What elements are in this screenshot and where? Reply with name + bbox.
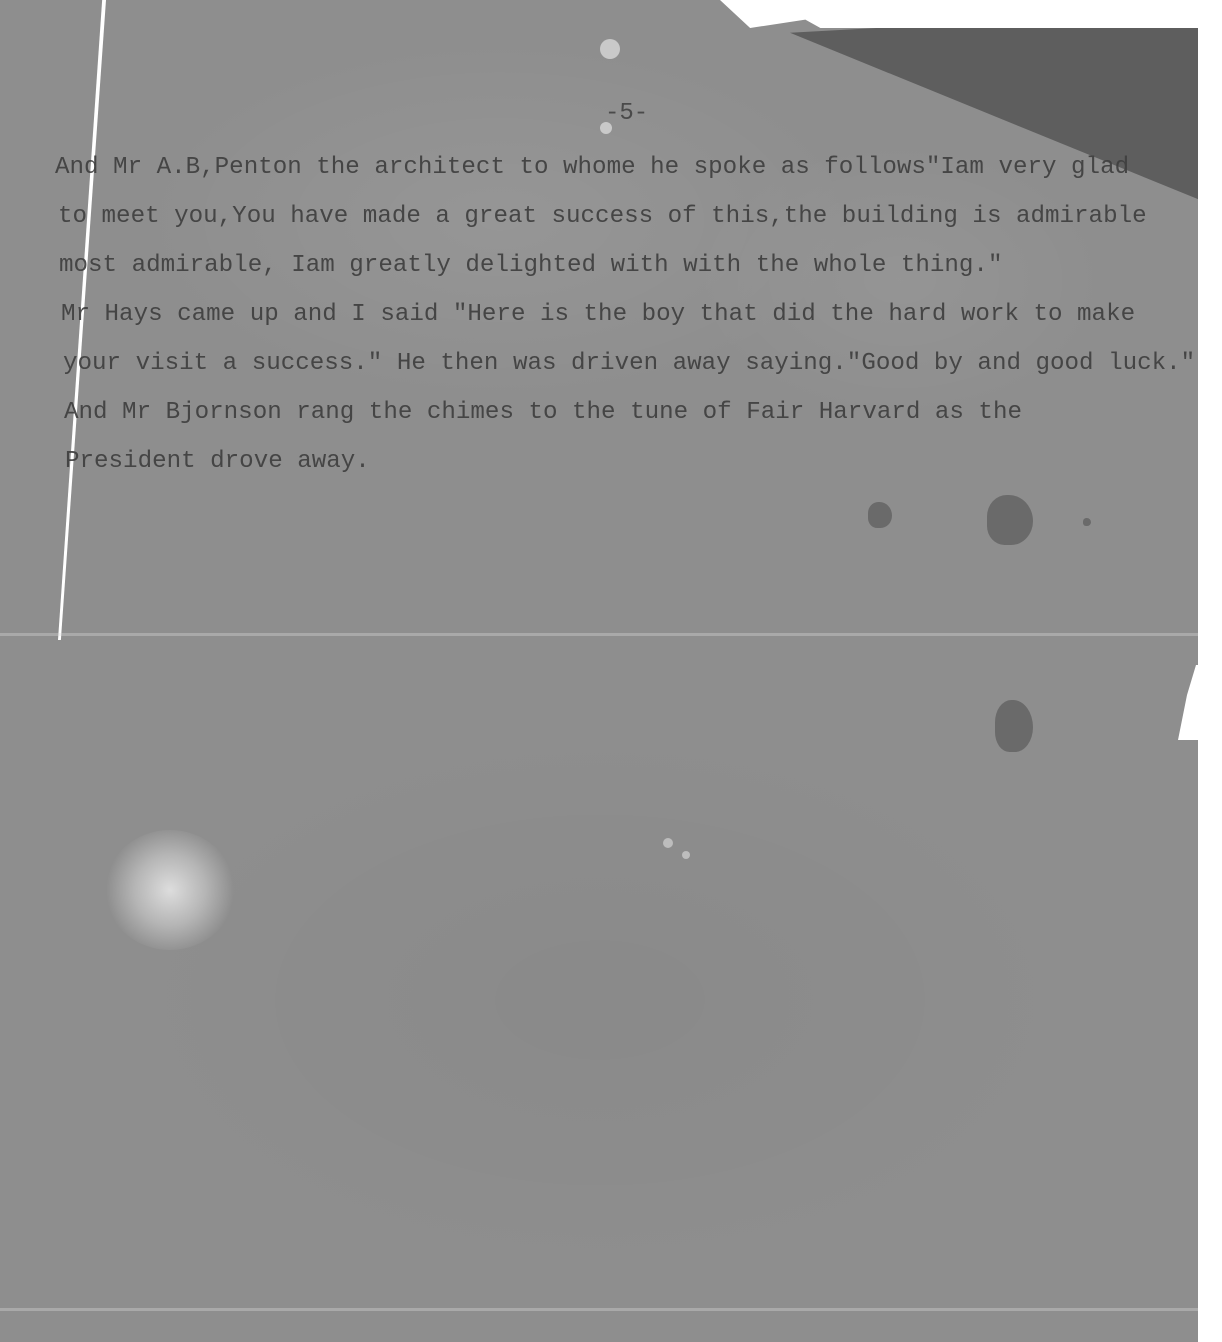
text-line: most admirable, Iam greatly delighted wi… <box>55 241 1195 290</box>
typed-text-body: And Mr A.B,Penton the architect to whome… <box>55 143 1195 486</box>
speck <box>663 838 673 848</box>
text-line: And Mr A.B,Penton the architect to whome… <box>55 143 1195 192</box>
text-line: President drove away. <box>55 437 1195 486</box>
text-line: And Mr Bjornson rang the chimes to the t… <box>55 388 1195 437</box>
ink-stain <box>1083 518 1091 526</box>
page-number: -5- <box>605 100 648 127</box>
punch-hole <box>600 39 620 59</box>
fold-crease <box>0 633 1198 636</box>
ink-stain <box>868 502 892 528</box>
fold-crease <box>0 1308 1198 1311</box>
light-spot <box>105 830 235 950</box>
text-line: to meet you,You have made a great succes… <box>55 192 1195 241</box>
text-line: Mr Hays came up and I said "Here is the … <box>55 290 1195 339</box>
text-line: your visit a success." He then was drive… <box>55 339 1195 388</box>
ink-stain <box>987 495 1033 545</box>
scanned-page: -5- And Mr A.B,Penton the architect to w… <box>0 0 1198 1342</box>
speck <box>682 851 690 859</box>
ink-stain <box>995 700 1033 752</box>
